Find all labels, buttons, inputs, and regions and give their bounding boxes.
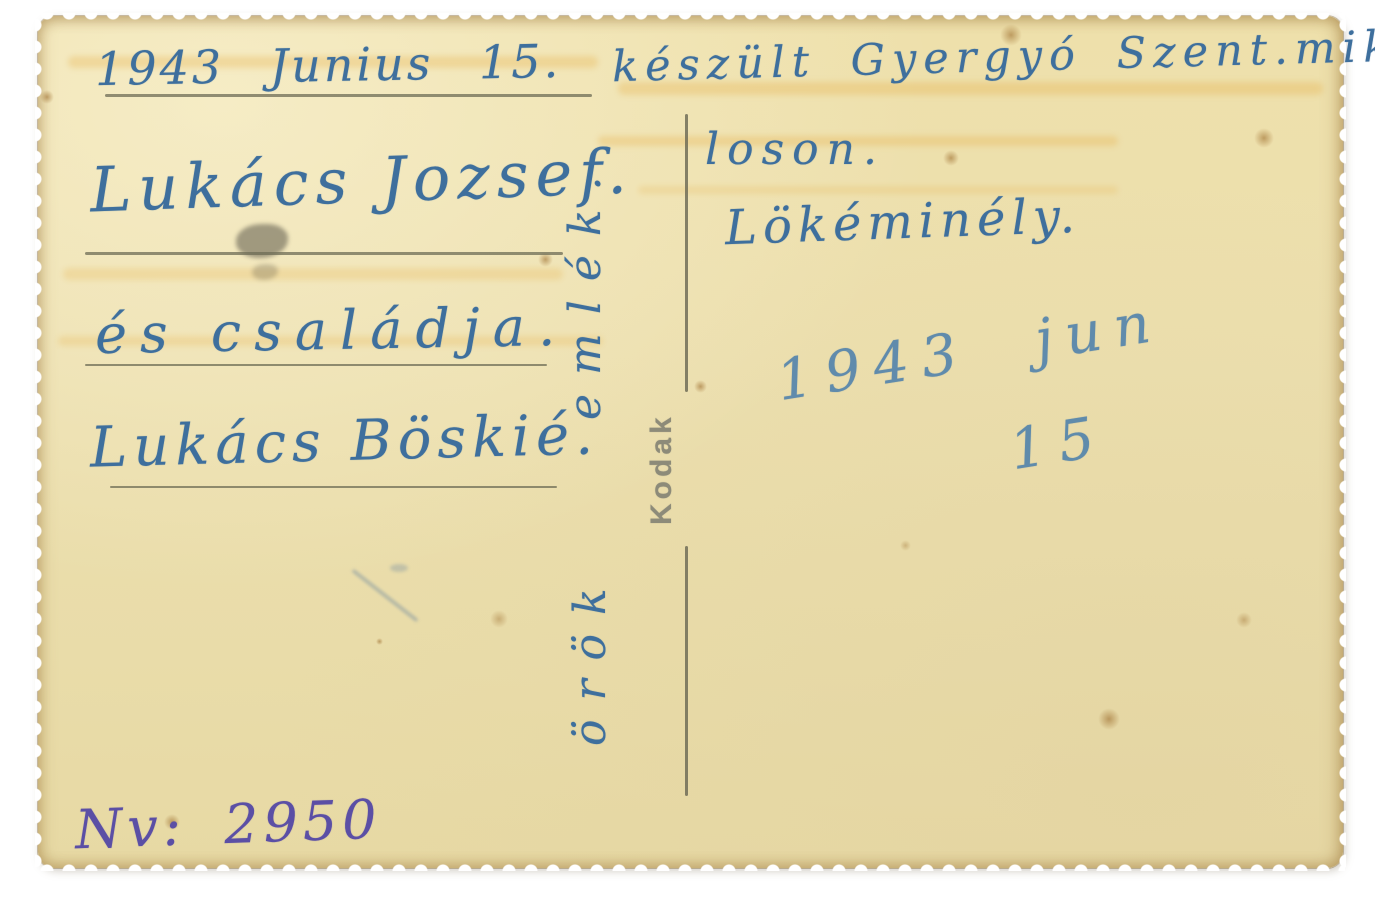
foxing-spot <box>694 380 707 393</box>
deckled-edge-top <box>36 13 1345 26</box>
ink-smudge <box>352 569 418 622</box>
handwritten-name-1: Lukács Jozsef. <box>89 141 635 222</box>
handwritten-date-heading: 1943 Junius 15. <box>95 38 562 92</box>
ruled-line <box>110 486 557 488</box>
foxing-spot <box>40 90 54 104</box>
handwritten-vertical-word-emlek: emlék. <box>557 157 615 420</box>
handwritten-date-scrawl-line2: 15 <box>1006 409 1111 480</box>
deckled-edge-right <box>1333 14 1346 870</box>
archive-number: Nv: 2950 <box>74 793 382 858</box>
foxing-spot <box>943 150 959 166</box>
age-streak <box>63 268 563 280</box>
handwritten-vertical-word-orok: örök <box>562 569 620 746</box>
deckled-edge-left <box>35 14 48 870</box>
ruled-line <box>85 252 563 255</box>
foxing-spot <box>1254 128 1274 148</box>
foxing-spot <box>490 610 508 628</box>
handwritten-date-scrawl-line1: 1943 jun <box>773 294 1167 410</box>
foxing-spot <box>376 638 383 645</box>
handwritten-name-2: Lukács Böskié. <box>89 407 599 476</box>
handwritten-place-continuation: loson. <box>705 128 885 172</box>
divider-line <box>685 114 688 392</box>
foxing-spot <box>1236 612 1252 628</box>
handwritten-place-line: készült Gyergyó Szent.mik <box>612 26 1375 90</box>
handwritten-name-3: Lökéminély. <box>724 192 1081 252</box>
foxing-spot <box>1098 708 1120 730</box>
postcard-back: Kodak 1943 Junius 15. készült Gyergyó Sz… <box>38 16 1343 868</box>
handwritten-family-line: és családja. <box>95 300 569 362</box>
ink-smudge <box>390 564 408 572</box>
deckled-edge-bottom <box>36 858 1345 871</box>
foxing-spot <box>900 540 911 551</box>
divider-line <box>685 546 688 796</box>
kodak-brand-mark: Kodak <box>644 413 680 525</box>
scan-background: Kodak 1943 Junius 15. készült Gyergyó Sz… <box>0 0 1375 900</box>
